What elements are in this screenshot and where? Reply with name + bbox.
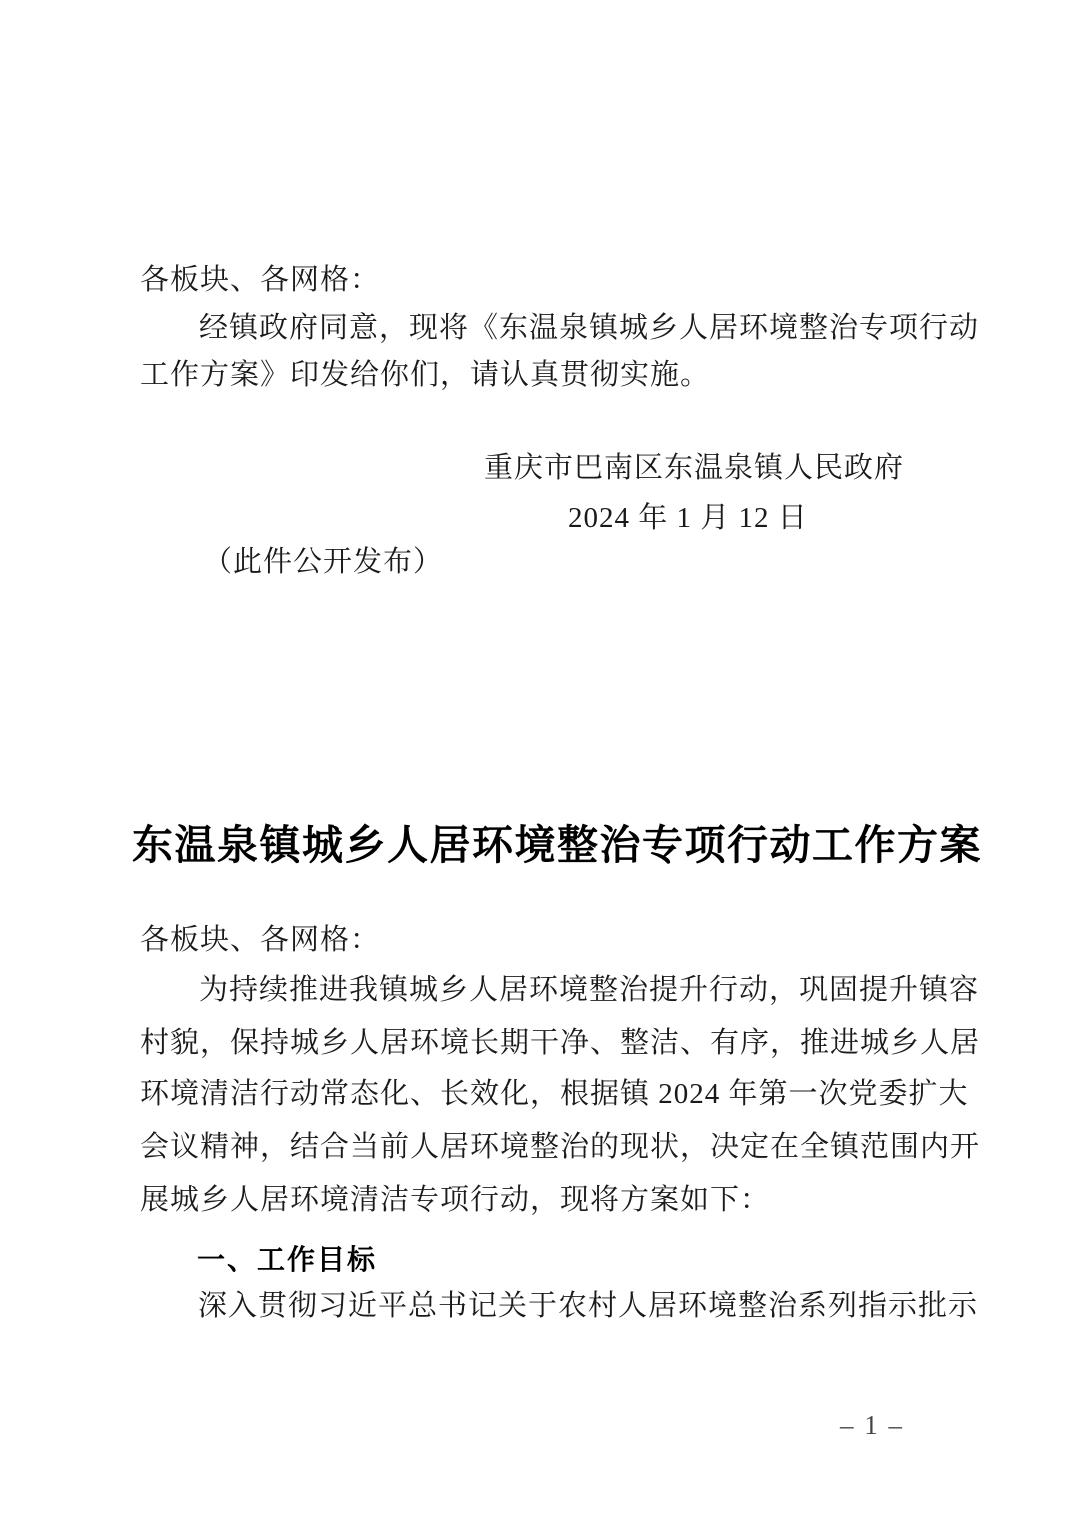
public-release-note: （此件公开发布） — [203, 544, 443, 580]
page-number: – 1 – — [840, 1410, 904, 1441]
document-page: 各板块、各网格： 经镇政府同意，现将《东温泉镇城乡人居环境整治专项行动 工作方案… — [0, 0, 1074, 1520]
section-1-body-line-1: 深入贯彻习近平总书记关于农村人居环境整治系列指示批示 — [198, 1288, 978, 1324]
letter-body-line-1: 经镇政府同意，现将《东温泉镇城乡人居环境整治专项行动 — [199, 310, 979, 346]
section-1-heading: 一、工作目标 — [197, 1238, 377, 1278]
plan-intro-line-2: 村貌，保持城乡人居环境长期干净、整洁、有序，推进城乡人居 — [140, 1025, 980, 1061]
plan-title: 东温泉镇城乡人居环境整治专项行动工作方案 — [132, 812, 942, 871]
letter-issuer: 重庆市巴南区东温泉镇人民政府 — [484, 450, 904, 486]
plan-intro-line-5: 展城乡人居环境清洁专项行动，现将方案如下： — [140, 1182, 770, 1218]
plan-salutation: 各板块、各网格： — [140, 922, 380, 958]
plan-intro-line-3: 环境清洁行动常态化、长效化，根据镇 2024 年第一次党委扩大 — [140, 1076, 969, 1112]
plan-intro-line-4: 会议精神，结合当前人居环境整治的现状，决定在全镇范围内开 — [140, 1129, 980, 1165]
letter-date: 2024 年 1 月 12 日 — [568, 500, 808, 536]
plan-intro-line-1: 为持续推进我镇城乡人居环境整治提升行动，巩固提升镇容 — [199, 972, 979, 1008]
letter-salutation: 各板块、各网格： — [140, 262, 380, 298]
letter-body-line-2: 工作方案》印发给你们，请认真贯彻实施。 — [140, 357, 710, 393]
